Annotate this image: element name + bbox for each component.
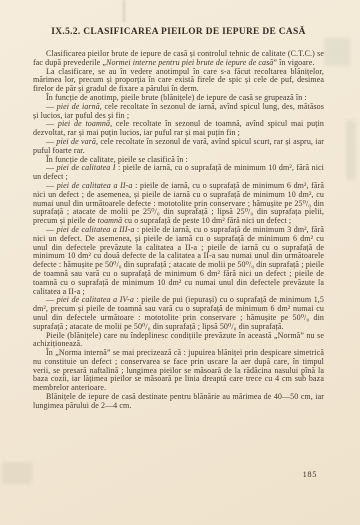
page-number: 185 [303,470,317,479]
paragraph-text: — [46,102,57,111]
paragraph-text: În funcție de calitate, pieile se clasif… [46,155,188,164]
paragraph-text: La clasificare, se au în vedere anotimpu… [33,67,324,94]
paragraph: La clasificare, se au în vedere anotimpu… [33,68,324,94]
page-body: Clasificarea pieilor brute de iepure de … [33,50,324,411]
paragraph-italic-text: piei de calitatea I [57,163,116,172]
paragraph: Pieile (blănițele) care nu îndeplinesc c… [33,332,324,350]
paragraph-italic-text: piei de iarnă [57,102,100,111]
paragraph: — piei de iarnă, cele recoltate în sezon… [33,103,324,121]
bleedthrough-smudge [2,462,32,484]
paragraph: Blănițele de iepure de casă destinate pe… [33,393,324,411]
paragraph-italic-text: toamnă [98,216,123,225]
paragraph-text: — [46,225,57,234]
paragraph-text: — [46,137,56,146]
paragraph-text: În funcție de anotimp, pieile brute (blă… [46,93,307,102]
paragraph: Clasificarea pieilor brute de iepure de … [33,50,324,68]
paragraph-italic-text: piei de calitatea a IV-a [57,295,134,304]
paragraph-text: Pieile (blănițele) care nu îndeplinesc c… [33,331,324,349]
paragraph: — piei de calitatea a III-a : pieile de … [33,226,324,296]
bleedthrough-smudge [346,120,356,180]
paragraph-italic-text: Normei interne pentru piei brute de iepu… [106,58,273,67]
paragraph-italic-text: piei de toamnă [58,119,110,128]
paragraph-italic-text: piei de calitatea a II-a [57,181,133,190]
paragraph: — piei de calitatea a II-a : pieile de i… [33,182,324,226]
scan-crease-mark [123,0,125,22]
paragraph-text: — [46,119,58,128]
paragraph-italic-text: piei de calitatea a III-a [57,225,135,234]
paragraph-text: — [46,181,57,190]
scanned-book-page: IX.5.2. CLASIFICAREA PIEILOR DE IEPURE D… [0,0,360,525]
bleedthrough-smudge [324,38,350,66]
paragraph-text: Blănițele de iepure de casă destinate pe… [33,392,324,410]
section-title: IX.5.2. CLASIFICAREA PIEILOR DE IEPURE D… [33,27,324,37]
paragraph: În „Norma internă” se mai precizează că … [33,349,324,393]
paragraph-text: — [46,295,57,304]
paragraph: — piei de calitatea a IV-a : pieile de p… [33,296,324,331]
paragraph: — piei de vară, cele recoltate în sezonu… [33,138,324,156]
paragraph-text: ” în vigoare. [273,58,314,67]
paragraph-text: În „Norma internă” se mai precizează că … [33,348,324,392]
paragraph-italic-text: piei de vară [56,137,96,146]
paragraph-text: cu o suprafață de peste 10 dm² fără nici… [122,216,291,225]
paragraph: — piei de toamnă, cele recoltate în sezo… [33,120,324,138]
paragraph-text: : pieile de iarnă, cu o suprafață de min… [33,225,324,296]
paragraph-text: — [46,163,57,172]
paragraph: — piei de calitatea I : pieile de iarnă,… [33,164,324,182]
